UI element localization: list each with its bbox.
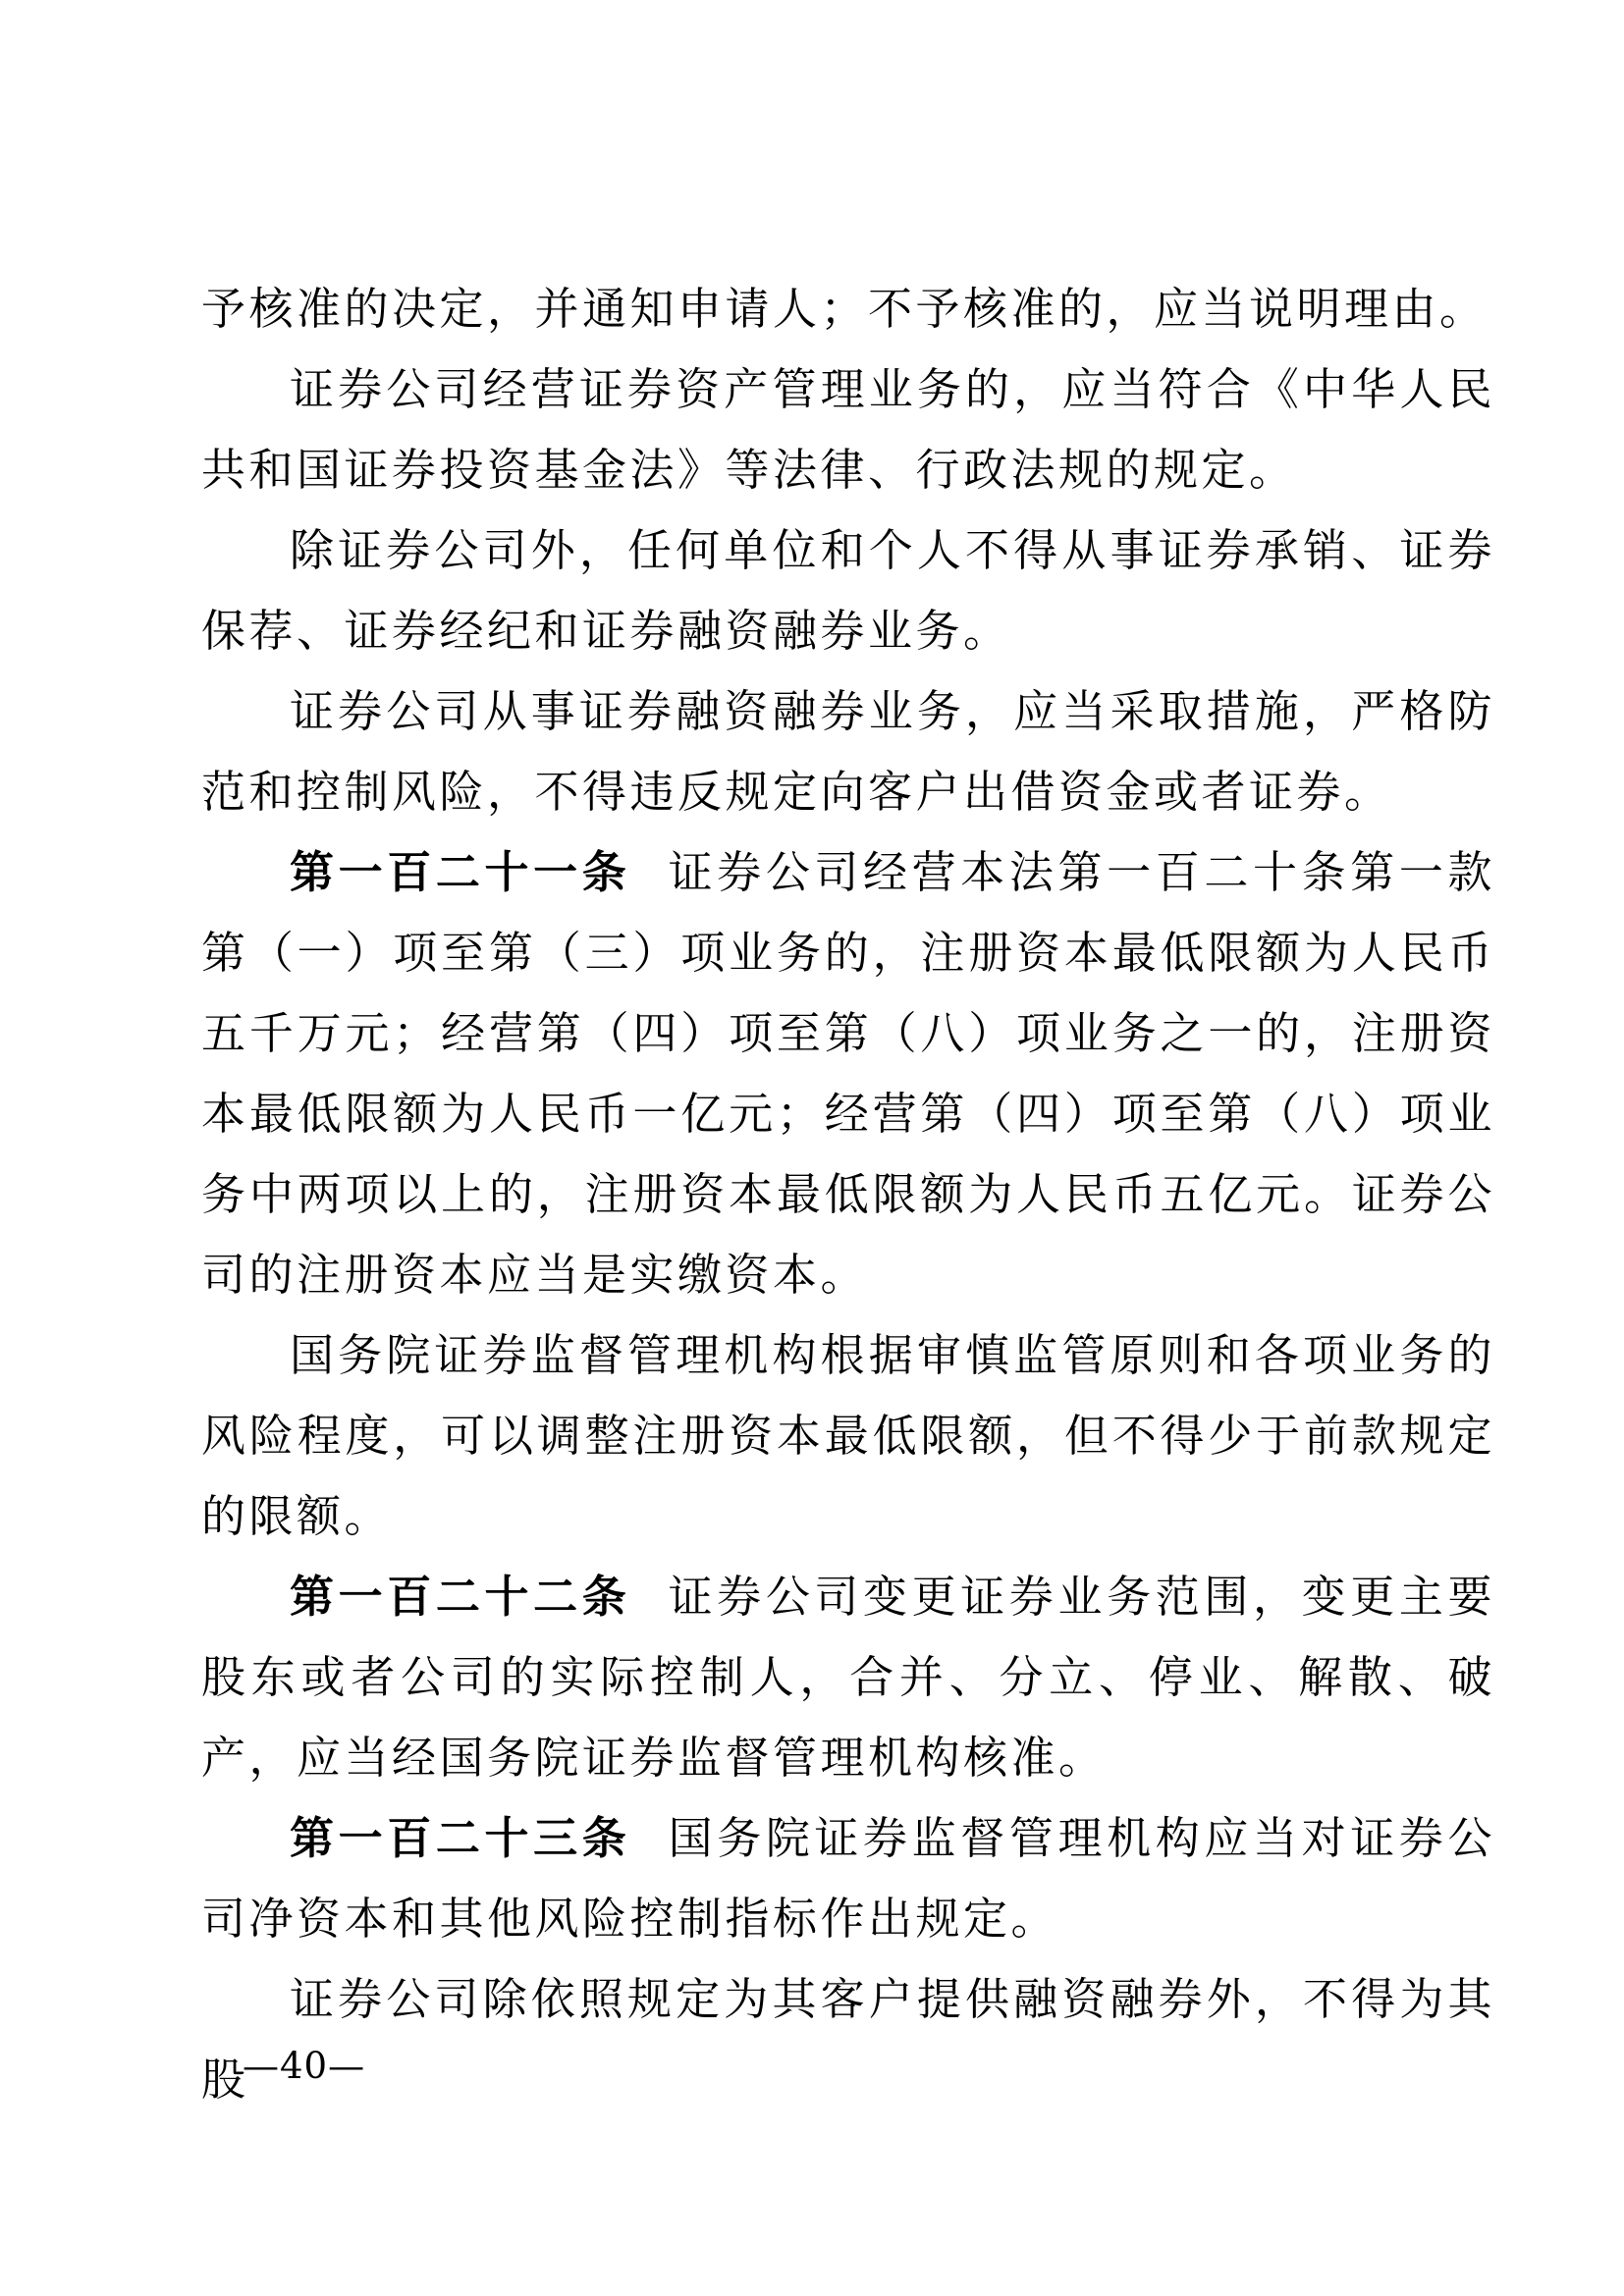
paragraph: 予核准的决定，并通知申请人；不予核准的，应当说明理由。	[201, 269, 1495, 349]
paragraph: 第一百二十一条证券公司经营本法第一百二十条第一款第（一）项至第（三）项业务的，注…	[201, 832, 1495, 1315]
paragraph-text: 国务院证券监督管理机构根据审慎监管原则和各项业务的风险程度，可以调整注册资本最低…	[201, 1329, 1495, 1542]
paragraph-text: 证券公司经营证券资产管理业务的，应当符合《中华人民共和国证券投资基金法》等法律、…	[201, 363, 1495, 496]
paragraph-text: 证券公司经营本法第一百二十条第一款第（一）项至第（三）项业务的，注册资本最低限额…	[201, 846, 1495, 1301]
paragraph: 国务院证券监督管理机构根据审慎监管原则和各项业务的风险程度，可以调整注册资本最低…	[201, 1315, 1495, 1557]
article-number: 第一百二十一条	[290, 846, 630, 898]
paragraph: 除证券公司外，任何单位和个人不得从事证券承销、证券保荐、证券经纪和证券融资融券业…	[201, 510, 1495, 671]
paragraph-text: 予核准的决定，并通知申请人；不予核准的，应当说明理由。	[201, 283, 1488, 335]
paragraph: 证券公司除依照规定为其客户提供融资融券外，不得为其股	[201, 1959, 1495, 2120]
paragraph: 第一百二十三条国务院证券监督管理机构应当对证券公司净资本和其他风险控制指标作出规…	[201, 1798, 1495, 1959]
paragraph: 第一百二十二条证券公司变更证券业务范围，变更主要股东或者公司的实际控制人，合并、…	[201, 1557, 1495, 1798]
paragraph: 证券公司经营证券资产管理业务的，应当符合《中华人民共和国证券投资基金法》等法律、…	[201, 349, 1495, 510]
page-number: —40—	[243, 2045, 365, 2088]
paragraph-text: 证券公司除依照规定为其客户提供融资融券外，不得为其股	[201, 1973, 1495, 2106]
document-body: 予核准的决定，并通知申请人；不予核准的，应当说明理由。证券公司经营证券资产管理业…	[201, 269, 1495, 2120]
article-number: 第一百二十二条	[290, 1571, 630, 1623]
article-number: 第一百二十三条	[290, 1812, 630, 1864]
document-page: 予核准的决定，并通知申请人；不予核准的，应当说明理由。证券公司经营证券资产管理业…	[0, 0, 1624, 2296]
paragraph-text: 除证券公司外，任何单位和个人不得从事证券承销、证券保荐、证券经纪和证券融资融券业…	[201, 524, 1495, 657]
paragraph: 证券公司从事证券融资融券业务，应当采取措施，严格防范和控制风险，不得违反规定向客…	[201, 671, 1495, 832]
paragraph-text: 证券公司从事证券融资融券业务，应当采取措施，严格防范和控制风险，不得违反规定向客…	[201, 685, 1495, 818]
